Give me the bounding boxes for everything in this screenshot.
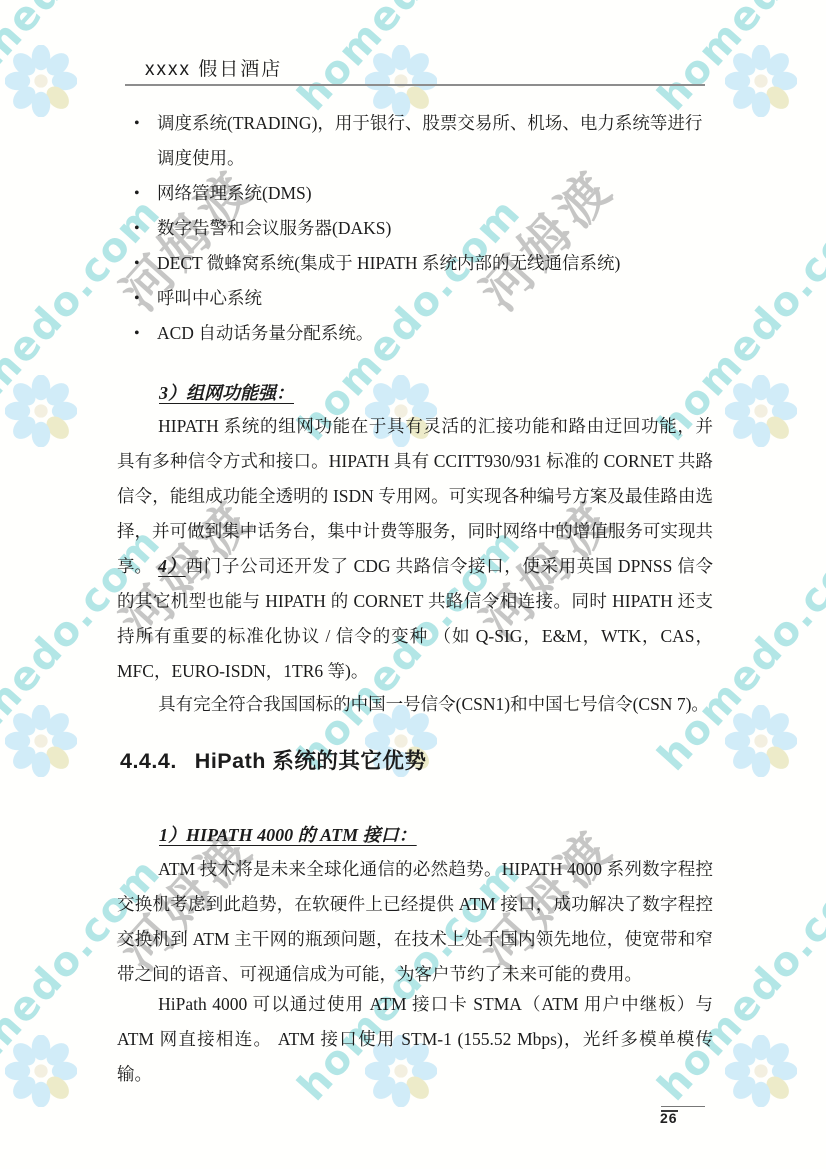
paragraph-signaling-text: 西门子公司还开发了 CDG 共路信令接口，使采用英国 DPNSS 信令的其它机型…: [117, 556, 713, 681]
paragraph-atm-1: ATM 技术将是未来全球化通信的必然趋势。HIPATH 4000 系列数字程控交…: [117, 852, 713, 992]
bullet-item: • 调度系统(TRADING)，用于银行、股票交易所、机场、电力系统等进行调度使…: [117, 106, 713, 176]
bullet-text: 网络管理系统(DMS): [157, 176, 713, 211]
bullet-dot: •: [117, 316, 157, 351]
section-heading-444: 4.4.4.HiPath 系统的其它优势: [120, 744, 426, 775]
bullet-text: DECT 微蜂窝系统(集成于 HIPATH 系统内部的无线通信系统): [157, 246, 713, 281]
document-page: homedo.com 河姆渡 homedo.com 河姆渡: [0, 0, 826, 1169]
bullet-dot: •: [117, 281, 157, 316]
footer-rule-thin: [661, 1106, 705, 1107]
subheading-networking: 3）组网功能强：: [117, 380, 755, 406]
paragraph-csn: 具有完全符合我国国标的中国一号信令(CSN1)和中国七号信令(CSN 7)。: [117, 687, 713, 722]
bullet-dot: •: [117, 106, 157, 176]
bullet-text: ACD 自动话务量分配系统。: [157, 316, 713, 351]
bullet-dot: •: [117, 211, 157, 246]
page-header-title: xxxx 假日酒店: [145, 54, 282, 81]
paragraph-signaling: 4）西门子公司还开发了 CDG 共路信令接口，使采用英国 DPNSS 信令的其它…: [117, 549, 713, 689]
bullet-text: 数字告警和会议服务器(DAKS): [157, 211, 713, 246]
header-rule: [125, 84, 705, 86]
bullet-item: • 数字告警和会议服务器(DAKS): [117, 211, 713, 246]
bullet-text: 呼叫中心系统: [157, 281, 713, 316]
bullet-list: • 调度系统(TRADING)，用于银行、股票交易所、机场、电力系统等进行调度使…: [117, 106, 713, 351]
bullet-item: • 网络管理系统(DMS): [117, 176, 713, 211]
bullet-item: • ACD 自动话务量分配系统。: [117, 316, 713, 351]
bullet-dot: •: [117, 246, 157, 281]
bullet-item: • DECT 微蜂窝系统(集成于 HIPATH 系统内部的无线通信系统): [117, 246, 713, 281]
section-number: 4.4.4.: [120, 749, 177, 773]
paragraph-atm-2: HiPath 4000 可以通过使用 ATM 接口卡 STMA（ATM 用户中继…: [117, 987, 713, 1092]
section-title: HiPath 系统的其它优势: [195, 749, 427, 773]
bullet-item: • 呼叫中心系统: [117, 281, 713, 316]
paragraph-signaling-lead: 4）: [158, 556, 185, 576]
page-content: xxxx 假日酒店 • 调度系统(TRADING)，用于银行、股票交易所、机场、…: [0, 0, 826, 1169]
subheading-atm: 1）HIPATH 4000 的 ATM 接口：: [117, 822, 755, 848]
page-number: 26: [660, 1110, 678, 1126]
bullet-text: 调度系统(TRADING)，用于银行、股票交易所、机场、电力系统等进行调度使用。: [157, 106, 713, 176]
bullet-dot: •: [117, 176, 157, 211]
